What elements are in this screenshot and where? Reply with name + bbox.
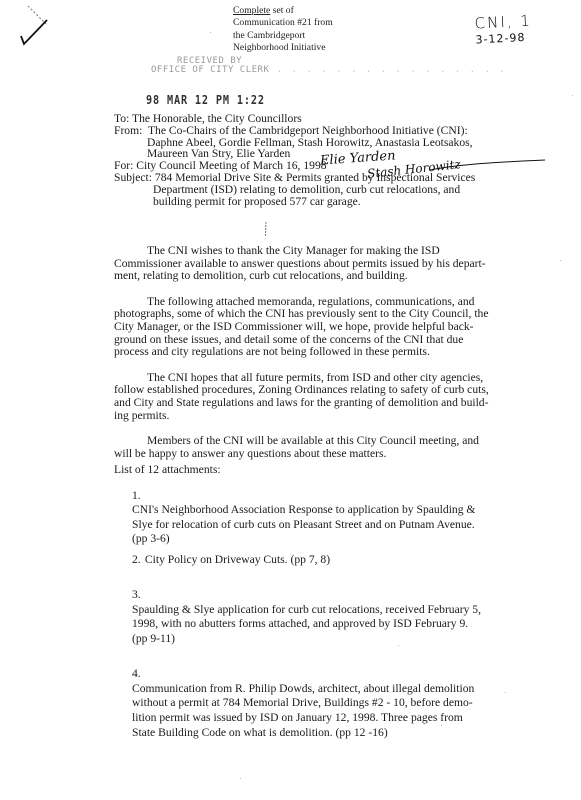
subject-line-3: building permit for proposed 577 car gar… — [114, 196, 475, 208]
list-item: 3. Spaulding & Slye application for curb… — [132, 574, 552, 647]
handwritten-reference: CNI, 1 3-12-98 — [474, 12, 533, 47]
paragraph-attachments-intro: The following attached memoranda, regula… — [114, 296, 534, 359]
list-item-text: Communication from R. Philip Dowds, arch… — [132, 682, 474, 739]
from-label: From: — [114, 124, 142, 137]
received-stamp-line2: OFFICE OF CITY CLERK — [151, 65, 269, 75]
list-item-text: Spaulding & Slye application for curb cu… — [132, 603, 481, 645]
stamp-divider: . . . . . . . . . . . . . . . . — [269, 65, 506, 75]
list-item-text: CNI's Neighborhood Association Response … — [132, 503, 475, 545]
list-item: 1. CNI's Neighborhood Association Respon… — [132, 474, 552, 547]
from-value: The Co-Chairs of the Cambridgeport Neigh… — [148, 124, 468, 137]
list-item-number: 1. — [132, 489, 142, 504]
stamp-datetime: 98 MAR 12 PM 1:22 — [146, 93, 265, 107]
subject-line-2: Department (ISD) relating to demolition,… — [114, 184, 475, 196]
list-item-text: City Policy on Driveway Cuts. (pp 7, 8) — [145, 553, 330, 566]
reference-date: 3-12-98 — [475, 30, 533, 46]
list-item-number: 2. — [132, 553, 142, 568]
header-note-line: Neighborhood Initiative — [233, 42, 333, 54]
paragraph-future-permits: The CNI hopes that all future permits, f… — [114, 372, 534, 422]
from-line: From: The Co-Chairs of the Cambridgeport… — [114, 125, 475, 137]
list-item-number: 4. — [132, 667, 142, 682]
paragraph-availability: Members of the CNI will be available at … — [114, 435, 534, 460]
received-stamp: RECEIVED BY OFFICE OF CITY CLERK . . . .… — [151, 57, 507, 75]
reference-code: CNI, 1 — [474, 12, 532, 33]
check-mark-icon — [14, 6, 64, 48]
memo-body: The CNI wishes to thank the City Manager… — [114, 245, 534, 473]
list-item: 2. City Policy on Driveway Cuts. (pp 7, … — [132, 553, 552, 568]
paragraph-thanks: The CNI wishes to thank the City Manager… — [114, 245, 534, 283]
subject-label: Subject: — [114, 171, 152, 184]
stray-pen-mark — [264, 222, 268, 236]
list-item-number: 3. — [132, 588, 142, 603]
header-note: Complete set of Communication #21 from t… — [233, 5, 333, 55]
header-note-line: the Cambridgeport — [233, 30, 333, 42]
header-note-underlined: Complete — [233, 5, 270, 16]
header-note-line: Communication #21 from — [233, 17, 333, 29]
attachments-list: 1. CNI's Neighborhood Association Respon… — [132, 474, 552, 746]
list-item: 4. Communication from R. Philip Dowds, a… — [132, 653, 552, 741]
